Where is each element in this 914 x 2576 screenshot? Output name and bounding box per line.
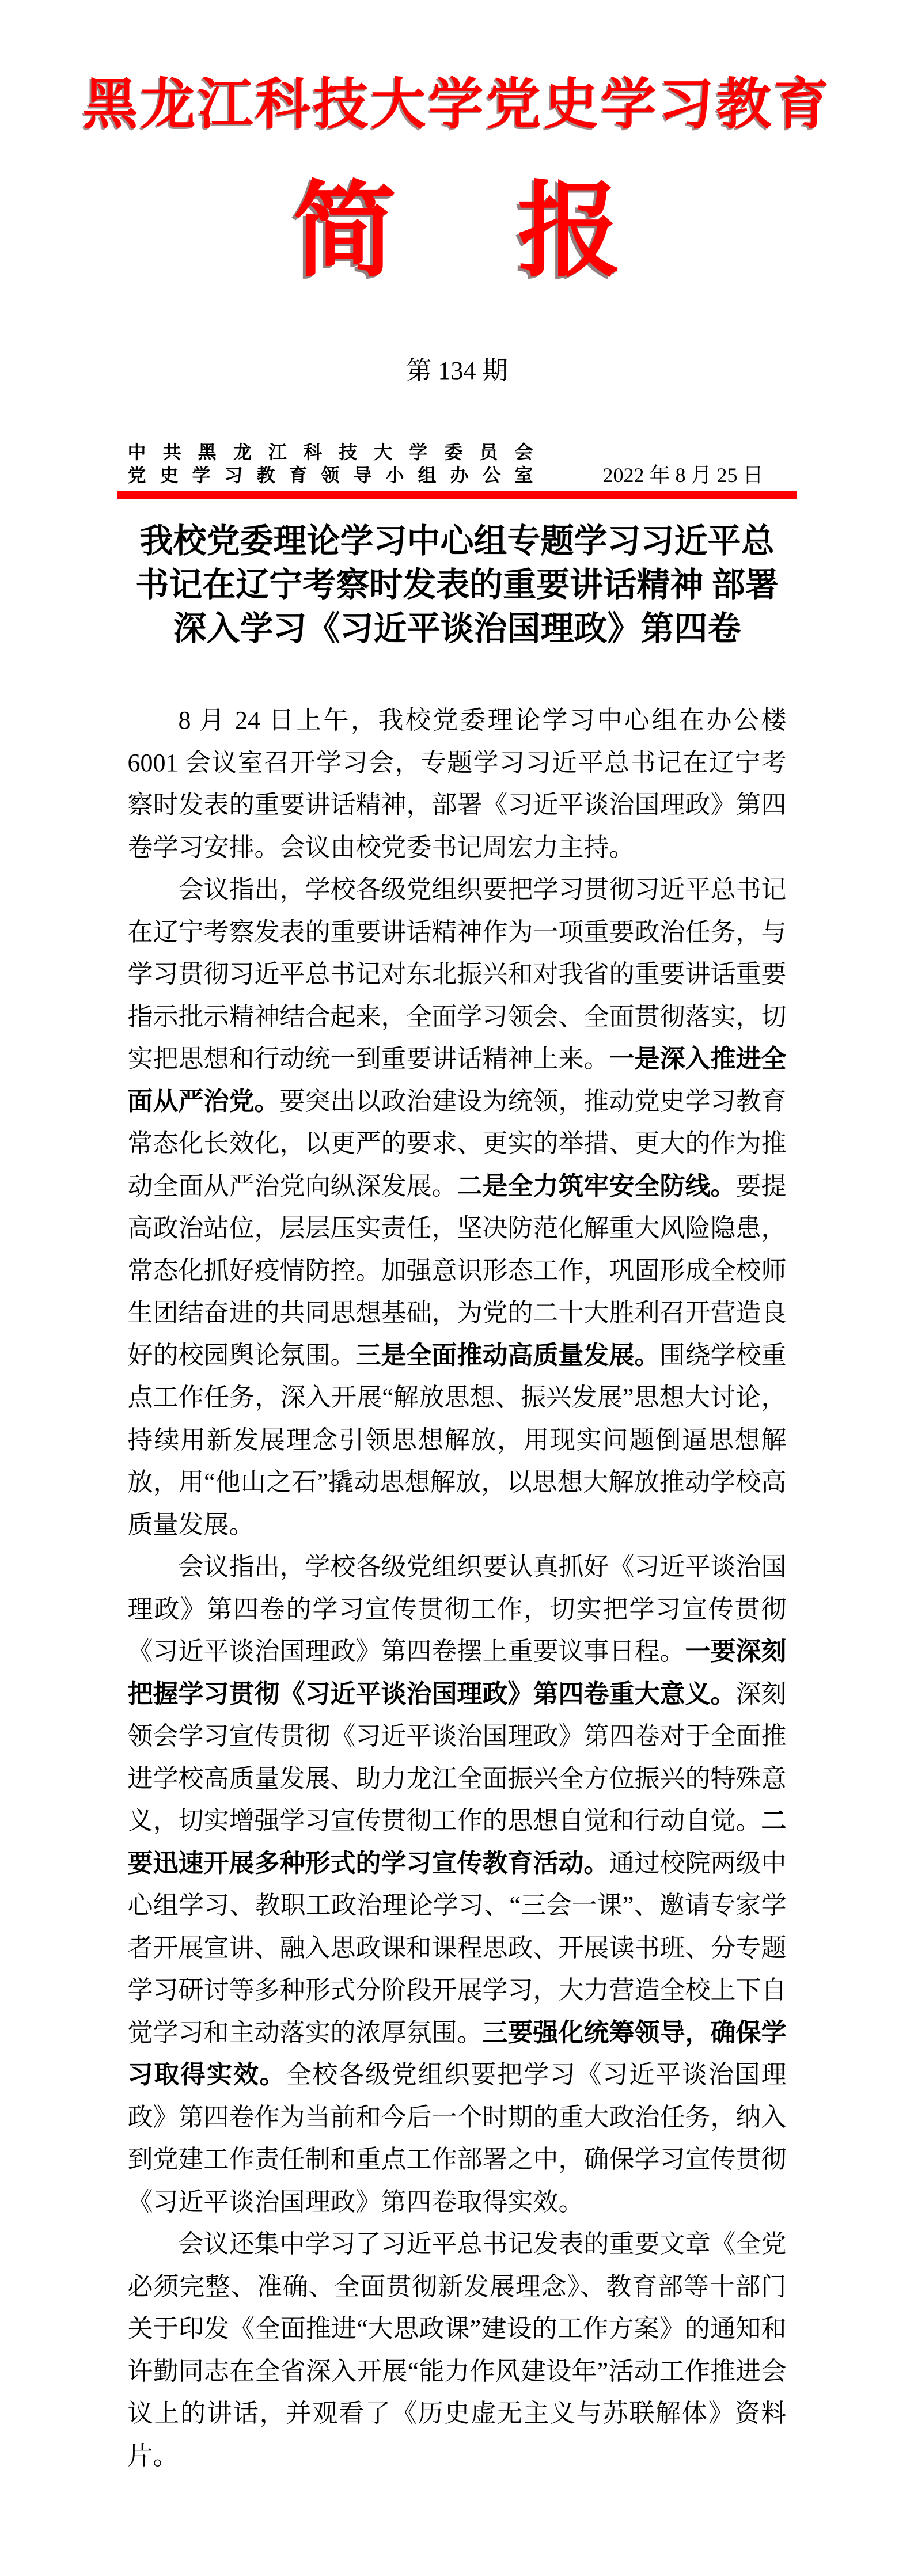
- issuer-lines: 中共黑龙江科技大学委员会 党史学习教育领导小组办公室: [128, 441, 533, 487]
- text-run: 8 月 24 日上午，我校党委理论学习中心组在办公楼 6001 会议室召开学习会…: [128, 706, 787, 862]
- issue-date: 2022 年 8 月 25 日: [602, 464, 763, 487]
- text-run: 会议还集中学习了习近平总书记发表的重要文章《全党必须完整、准确、全面贯彻新发展理…: [128, 2230, 787, 2470]
- headline-line-3: 深入学习《习近平谈治国理政》第四卷: [0, 607, 914, 651]
- issue-number: 第 134 期: [0, 356, 914, 386]
- issuer-block: 中共黑龙江科技大学委员会 党史学习教育领导小组办公室 2022 年 8 月 25…: [128, 441, 787, 487]
- headline-line-2: 书记在辽宁考察时发表的重要讲话精神 部署: [0, 563, 914, 607]
- emphasis-run: 三是全面推动高质量发展。: [356, 1341, 660, 1369]
- brief-char-1: 简: [293, 178, 396, 286]
- headline: 我校党委理论学习中心组专题学习习近平总 书记在辽宁考察时发表的重要讲话精神 部署…: [0, 519, 914, 651]
- emphasis-run: 二是全力筑牢安全防线。: [457, 1172, 736, 1200]
- text-run: 要提高政治站位，层层压实责任，坚决防范化解重大风险隐患，常态化抓好疫情防控。加强…: [128, 1172, 787, 1369]
- body-paragraph: 会议指出，学校各级党组织要把学习贯彻习近平总书记在辽宁考察发表的重要讲话精神作为…: [128, 868, 787, 1546]
- headline-line-1: 我校党委理论学习中心组专题学习习近平总: [0, 519, 914, 563]
- text-run: 通过校院两级中心组学习、教职工政治理论学习、“三会一课”、邀请专家学者开展宣讲、…: [128, 1849, 787, 2047]
- body-paragraph: 会议指出，学校各级党组织要认真抓好《习近平谈治国理政》第四卷的学习宣传贯彻工作，…: [128, 1546, 787, 2223]
- issuer-line-1: 中共黑龙江科技大学委员会: [128, 441, 533, 464]
- body-paragraphs: 8 月 24 日上午，我校党委理论学习中心组在办公楼 6001 会议室召开学习会…: [128, 699, 787, 2477]
- text-run: 会议指出，学校各级党组织要把学习贯彻习近平总书记在辽宁考察发表的重要讲话精神作为…: [128, 875, 787, 1073]
- body-paragraph: 会议还集中学习了习近平总书记发表的重要文章《全党必须完整、准确、全面贯彻新发展理…: [128, 2223, 787, 2477]
- masthead-org-title: 黑龙江科技大学党史学习教育: [0, 75, 914, 135]
- red-divider-rule: [117, 491, 797, 499]
- masthead-brief-title: 简 报: [0, 178, 914, 286]
- issuer-line-2: 党史学习教育领导小组办公室: [128, 464, 533, 487]
- brief-char-2: 报: [518, 178, 621, 286]
- body-paragraph: 8 月 24 日上午，我校党委理论学习中心组在办公楼 6001 会议室召开学习会…: [128, 699, 787, 868]
- text-run: 围绕学校重点工作任务，深入开展“解放思想、振兴发展”思想大讨论，持续用新发展理念…: [128, 1341, 787, 1539]
- bulletin-page: 黑龙江科技大学党史学习教育 简 报 第 134 期 中共黑龙江科技大学委员会 党…: [0, 0, 914, 2576]
